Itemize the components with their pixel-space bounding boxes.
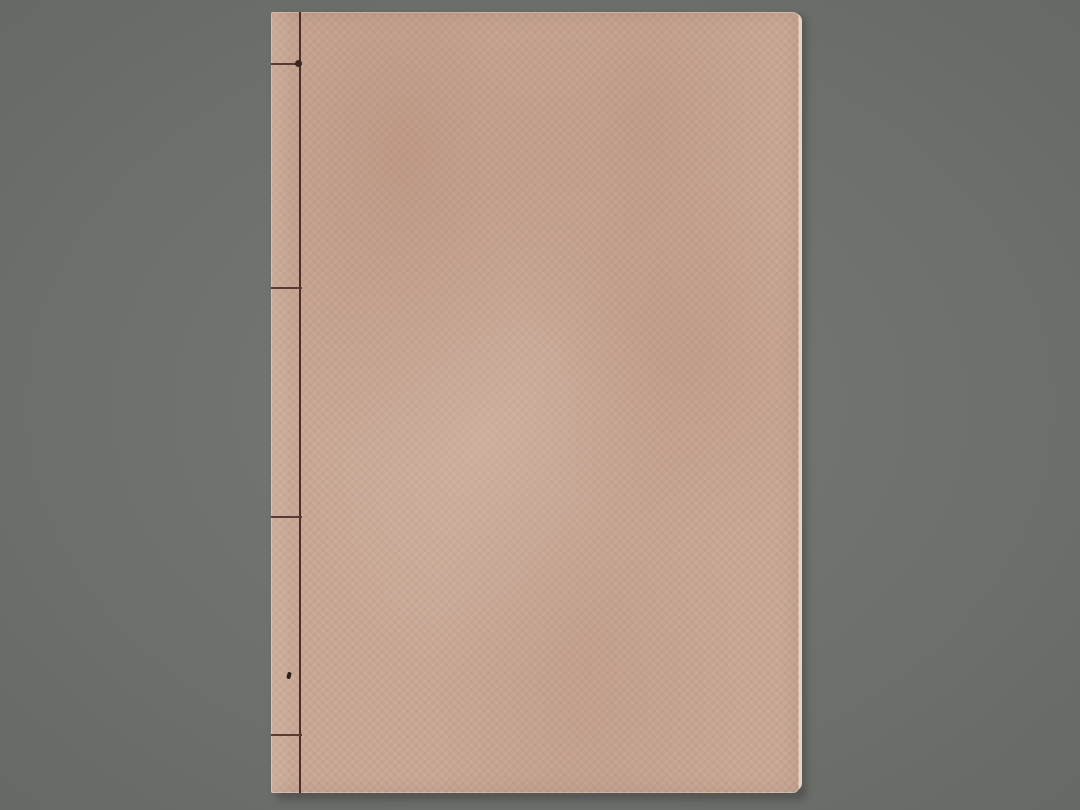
paper-texture xyxy=(271,12,799,793)
binding-stitch-2 xyxy=(271,287,302,289)
thread-knot-icon xyxy=(295,60,302,67)
book-cover xyxy=(271,12,799,793)
binding-stitch-3 xyxy=(271,516,302,518)
binding-stitch-4 xyxy=(271,734,302,736)
binding-thread xyxy=(299,12,301,793)
